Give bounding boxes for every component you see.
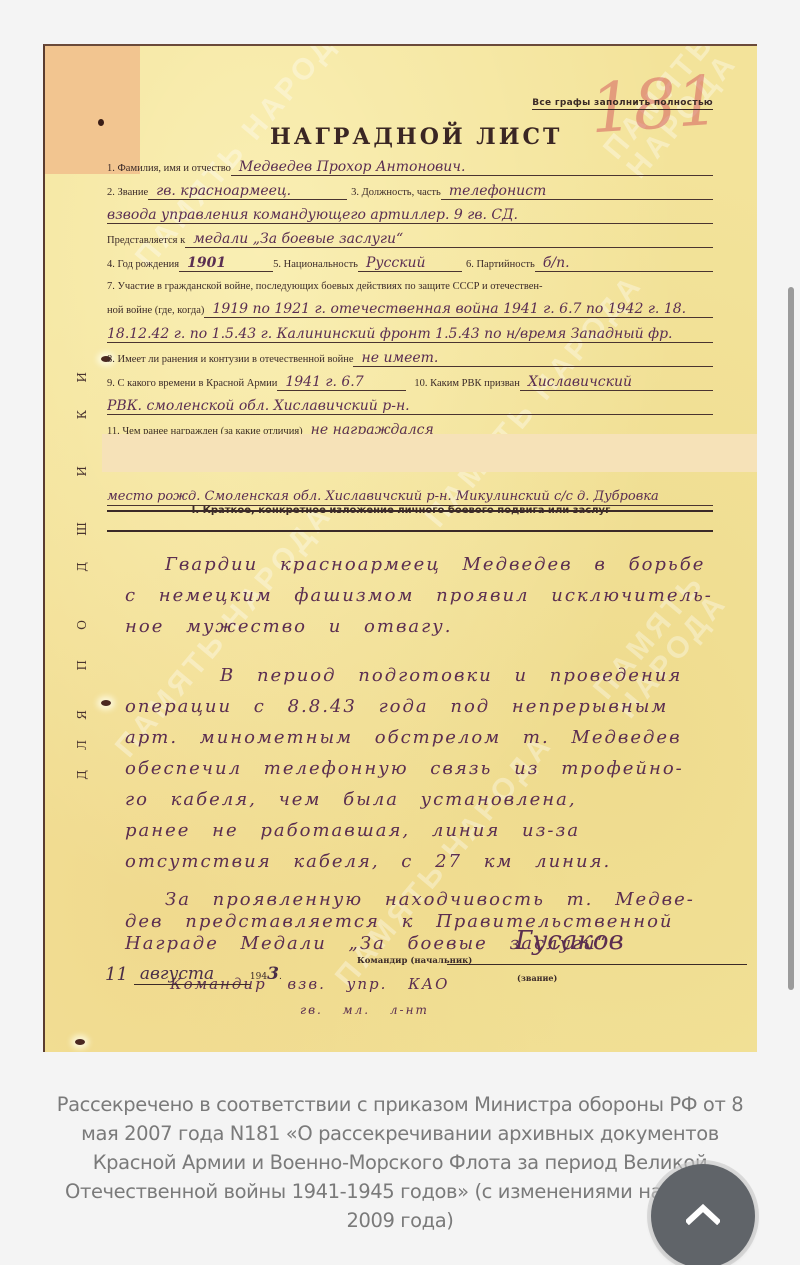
orange-tab-strip	[45, 46, 140, 174]
field-2-3-rank-position: 2. Звание гв. красноармеец. 3. Должность…	[107, 180, 713, 200]
narrative-text: Гвардии красноармеец Медведев в борьбе с…	[125, 549, 757, 1020]
field-7-value: 1919 по 1921 г. отечественная война 1941…	[204, 301, 713, 318]
document-date: 11 августа 1943.	[105, 964, 282, 985]
field-4-5-6: 4. Год рождения 1901 5. Национальность Р…	[107, 252, 713, 272]
signature-line	[447, 964, 747, 965]
section-title: I. Краткое, конкретное изложение личного…	[45, 505, 757, 516]
field-presented-to: Представляется к медали „За боевые заслу…	[107, 228, 713, 248]
field-10-continuation: РВК. смоленской обл. Хиславичский р-н.	[107, 395, 713, 415]
vertical-scrollbar[interactable]	[788, 287, 794, 990]
redacted-band	[102, 434, 757, 472]
field-7-continuation: 18.12.42 г. по 1.5.43 г. Калининский фро…	[107, 323, 713, 343]
field-4-value: 1901	[179, 255, 273, 272]
field-3-value: телефонист	[441, 183, 713, 200]
commander-signature: Гусаков	[515, 926, 624, 956]
field-12-address: место рожд. Смоленская обл. Хиславичский…	[107, 486, 713, 506]
document-title: НАГРАДНОЙ ЛИСТ	[270, 124, 562, 150]
field-9-10: 9. С какого времени в Красной Армии 1941…	[107, 371, 713, 391]
field-3-continuation: взвода управления командующего артиллер.…	[107, 204, 713, 224]
field-2-value: гв. красноармеец.	[148, 183, 347, 200]
field-10-cont-value: РВК. смоленской обл. Хиславичский р-н.	[107, 398, 713, 415]
field-8-value: не имеет.	[353, 350, 713, 367]
field-12-value: место рожд. Смоленская обл. Хиславичский…	[107, 489, 713, 506]
award-sheet-document: ПАМЯТЬ НАРОДА ПАМЯТЬ НАРОДА ПАМЯТЬ НАРОД…	[43, 44, 757, 1052]
field-8-wounds: 8. Имеет ли ранения и контузии в отечест…	[107, 347, 713, 367]
field-6-value: б/п.	[535, 255, 713, 272]
field-3-cont-value: взвода управления командующего артиллер.…	[107, 207, 713, 224]
section-rule	[107, 530, 713, 532]
field-1-value: Медведев Прохор Антонович.	[231, 159, 713, 176]
fill-all-note: Все графы заполнить полностью	[532, 98, 713, 110]
field-10-value: Хиславичский	[520, 374, 713, 391]
field-1-name: 1. Фамилия, имя и отчество Медведев Прох…	[107, 156, 713, 176]
field-7-cont-value: 18.12.42 г. по 1.5.43 г. Калининский фро…	[107, 326, 713, 343]
field-7-value-row: ной войне (где, когда) 1919 по 1921 г. о…	[107, 298, 713, 318]
scroll-to-top-button[interactable]	[651, 1164, 755, 1265]
punch-hole	[98, 119, 104, 126]
margin-vertical-text: И К И Ш Д О П Я Л Д	[75, 342, 95, 742]
field-5-value: Русский	[358, 255, 462, 272]
rank-label: (звание)	[517, 973, 557, 983]
punch-hole	[75, 1039, 85, 1045]
punch-hole	[101, 700, 111, 706]
chevron-up-icon	[686, 1201, 720, 1225]
field-9-value: 1941 г. 6.7	[277, 374, 406, 391]
presented-value: медали „За боевые заслуги“	[185, 231, 713, 248]
field-7-label: 7. Участие в гражданской войне, последую…	[107, 274, 713, 294]
